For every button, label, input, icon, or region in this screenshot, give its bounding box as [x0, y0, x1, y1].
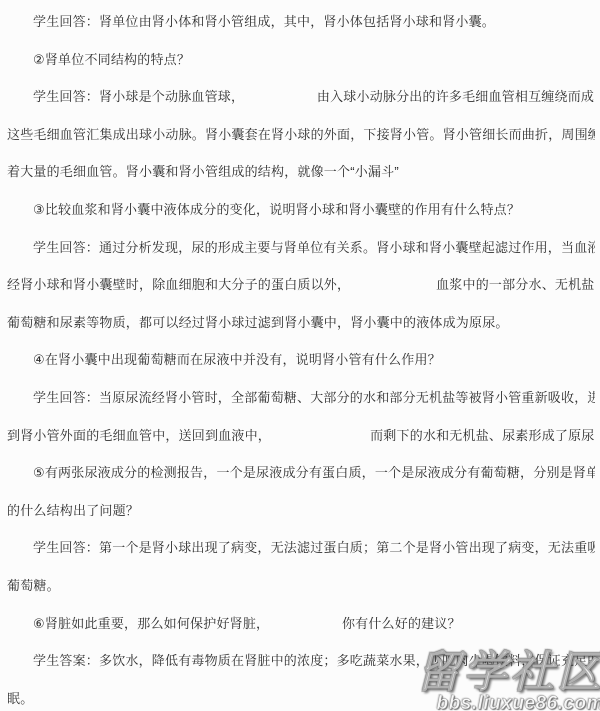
text-line: 经肾小球和肾小囊壁时，除血细胞和大分子的蛋白质以外， 血浆中的一部分水、无机盐、 [7, 266, 595, 304]
text-line: 学生回答：第一个是肾小球出现了病变，无法滤过蛋白质；第二个是肾小管出现了病变，无… [7, 529, 595, 567]
document-page: 学生回答：肾单位由肾小体和肾小管组成，其中，肾小体包括肾小球和肾小囊。②肾单位不… [0, 0, 600, 711]
text-line: 眠。 [7, 680, 595, 711]
text-line: 学生回答：肾单位由肾小体和肾小管组成，其中，肾小体包括肾小球和肾小囊。 [7, 3, 595, 41]
text-line: 葡萄糖。 [7, 567, 595, 605]
text-line: 到肾小管外面的毛细血管中，送回到血液中， 而剩下的水和无机盐、尿素形成了原尿。 [7, 417, 595, 455]
text-line: 着大量的毛细血管。肾小囊和肾小管组成的结构，就像一个“小漏斗” [7, 153, 595, 191]
text-line: 的什么结构出了问题？ [7, 492, 595, 530]
text-line: ⑤有两张尿液成分的检测报告，一个是尿液成分有蛋白质，一个是尿液成分有葡萄糖，分别… [7, 454, 595, 492]
text-line: 葡萄糖和尿素等物质，都可以经过肾小球过滤到肾小囊中，肾小囊中的液体成为原尿。 [7, 304, 595, 342]
text-line: ⑥肾脏如此重要，那么如何保护好肾脏， 你有什么好的建议？ [7, 605, 595, 643]
text-line: 这些毛细血管汇集成出球小动脉。肾小囊套在肾小球的外面，下接肾小管。肾小管细长而曲… [7, 116, 595, 154]
text-line: ②肾单位不同结构的特点？ [7, 41, 595, 79]
text-line: 学生回答：通过分析发现，尿的形成主要与肾单位有关系。肾小球和肾小囊壁起滤过作用，… [7, 229, 595, 267]
text-line: 学生答案：多饮水，降低有毒物质在肾脏中的浓度；多吃蔬菜水果，少吃肉少喝饮料，保证… [7, 642, 595, 680]
text-line: ④在肾小囊中出现葡萄糖而在尿液中并没有，说明肾小管有什么作用？ [7, 341, 595, 379]
text-line: 学生回答：肾小球是个动脉血管球， 由入球小动脉分出的许多毛细血管相互缠绕而成， [7, 78, 595, 116]
text-line: 学生回答：当原尿流经肾小管时，全部葡萄糖、大部分的水和部分无机盐等被肾小管重新吸… [7, 379, 595, 417]
text-line: ③比较血浆和肾小囊中液体成分的变化，说明肾小球和肾小囊壁的作用有什么特点？ [7, 191, 595, 229]
document-text: 学生回答：肾单位由肾小体和肾小管组成，其中，肾小体包括肾小球和肾小囊。②肾单位不… [7, 3, 595, 711]
